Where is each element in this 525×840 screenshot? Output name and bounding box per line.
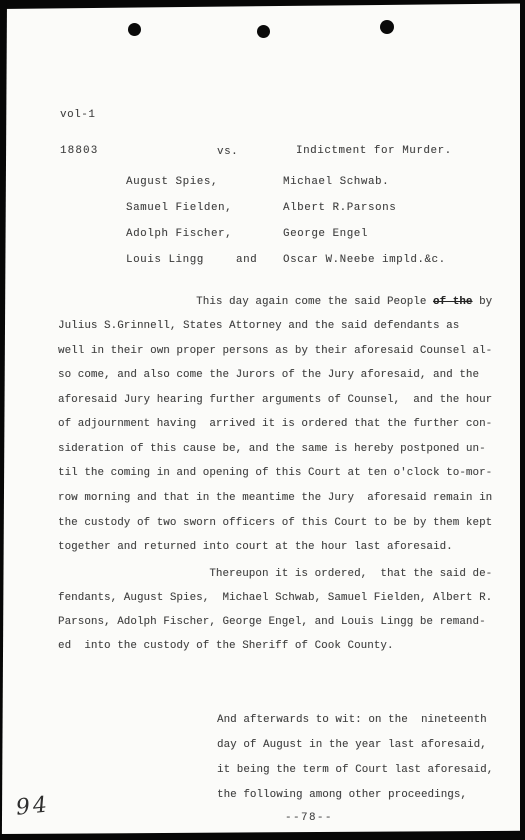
defendant-name: George Engel xyxy=(283,228,368,240)
scan-border-top xyxy=(0,0,525,9)
defendant-name: Michael Schwab. xyxy=(283,176,389,188)
scan-border-bottom xyxy=(0,831,525,840)
body-line: row morning and that in the meantime the… xyxy=(58,492,492,504)
defendant-name: August Spies, xyxy=(126,176,218,188)
defendant-name: Louis Lingg xyxy=(126,254,204,266)
conjunction-label: and xyxy=(236,254,257,266)
body-line: This day again come the said People of t… xyxy=(58,296,492,308)
vs-label: vs. xyxy=(217,146,238,158)
body-line: Parsons, Adolph Fischer, George Engel, a… xyxy=(58,616,486,628)
indictment-title: Indictment for Murder. xyxy=(296,145,452,157)
body-line: aforesaid Jury hearing further arguments… xyxy=(58,394,492,406)
continuation-line: day of August in the year last aforesaid… xyxy=(217,739,487,751)
case-number: 18803 xyxy=(60,145,98,157)
continuation-line: And afterwards to wit: on the nineteenth xyxy=(217,714,487,726)
defendant-name: Samuel Fielden, xyxy=(126,202,232,214)
body-line: sideration of this cause be, and the sam… xyxy=(58,443,486,455)
body-line: of adjournment having arrived it is orde… xyxy=(58,418,492,430)
defendant-name: Oscar W.Neebe xyxy=(283,254,375,266)
punch-hole-dot xyxy=(257,25,270,38)
body-line: ed into the custody of the Sheriff of Co… xyxy=(58,640,394,652)
page-number: --78-- xyxy=(285,812,333,824)
continuation-line: the following among other proceedings, xyxy=(217,789,467,801)
body-line: well in their own proper persons as by t… xyxy=(58,345,492,357)
defendant-name: Adolph Fischer, xyxy=(126,228,232,240)
volume-label: vol-1 xyxy=(60,109,95,121)
body-line: Thereupon it is ordered, that the said d… xyxy=(58,568,492,580)
body-line: the custody of two sworn officers of thi… xyxy=(58,517,492,529)
body-line: fendants, August Spies, Michael Schwab, … xyxy=(58,592,492,604)
handwritten-folio-number: 94 xyxy=(15,792,51,820)
body-line-text: by xyxy=(473,296,493,308)
body-line: so come, and also come the Jurors of the… xyxy=(58,369,479,381)
impleaded-label: impld.&c. xyxy=(382,254,446,266)
punch-hole-dot xyxy=(380,20,394,34)
body-line: Julius S.Grinnell, States Attorney and t… xyxy=(58,320,459,332)
scanned-court-document-page: vol-1 18803 vs. Indictment for Murder. A… xyxy=(0,0,525,840)
scan-border-left xyxy=(0,0,7,840)
body-line: til the coming in and opening of this Co… xyxy=(58,467,492,479)
defendant-name: Albert R.Parsons xyxy=(283,202,396,214)
struck-out-text: of the xyxy=(433,296,472,308)
scan-border-right xyxy=(520,0,525,840)
punch-hole-dot xyxy=(128,23,141,36)
body-line: together and returned into court at the … xyxy=(58,541,453,553)
continuation-line: it being the term of Court last aforesai… xyxy=(217,764,493,776)
body-line-text: This day again come the said People xyxy=(58,296,433,308)
